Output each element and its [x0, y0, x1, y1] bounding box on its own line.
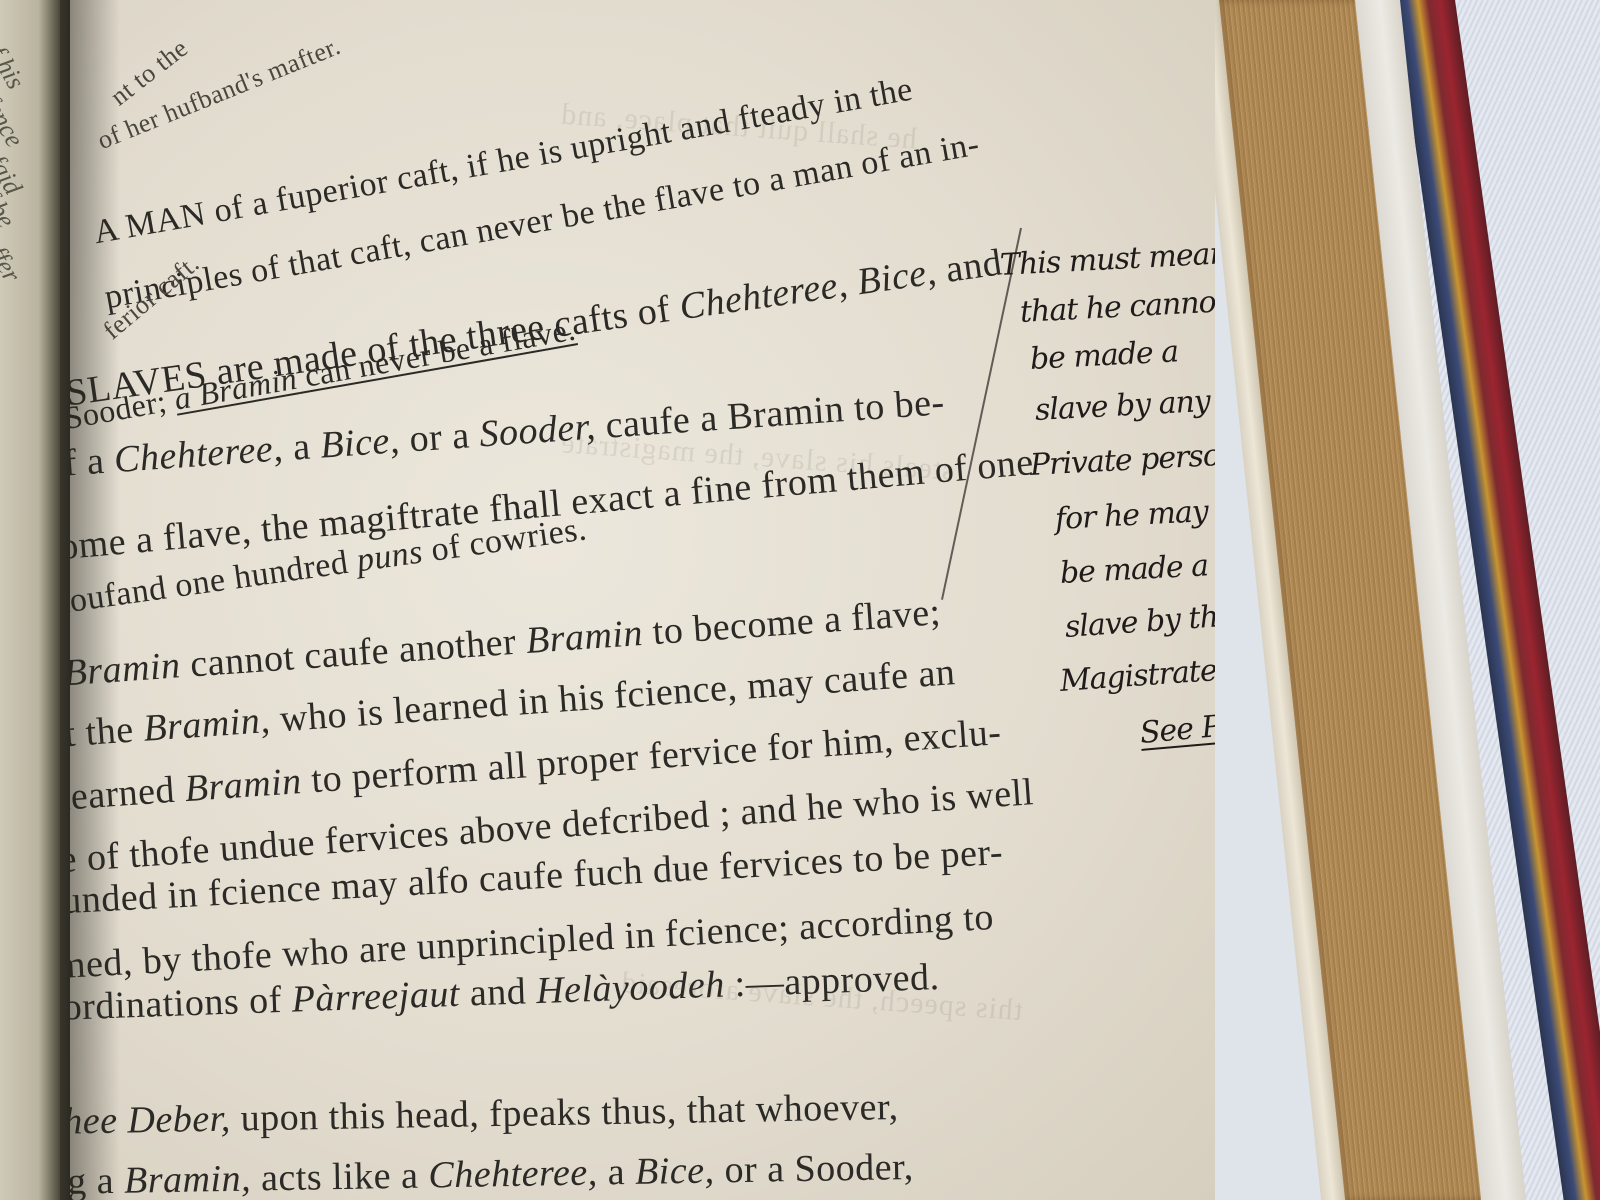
- facing-page-fragment: affer: [0, 230, 27, 288]
- handwritten-line: that he cannot: [1019, 284, 1215, 330]
- printed-line: Lukhee Deber, upon this head, fpeaks thu…: [4, 1085, 899, 1145]
- handwritten-line: be made a: [1059, 548, 1209, 591]
- facing-page-fragment: of his: [0, 30, 31, 94]
- book-page: he shall quit that place, and steals his…: [0, 0, 1215, 1200]
- handwritten-line: Private person: [1029, 437, 1215, 483]
- page-reference: See P 226: [1138, 704, 1215, 751]
- handwritten-line: be made a: [1029, 334, 1179, 377]
- facing-page-fragment: fence: [0, 90, 29, 152]
- gutter-shadow: [60, 0, 120, 1200]
- printed-line: being a Bramin, acts like a Chehteree, a…: [0, 1145, 914, 1200]
- handwritten-line: slave by the: [1064, 598, 1215, 645]
- handwritten-line: Magistrate: [1059, 653, 1215, 699]
- handwritten-line: slave by any: [1034, 384, 1211, 428]
- handwritten-line: This must mean: [999, 236, 1215, 283]
- handwritten-line: for he may: [1054, 494, 1209, 537]
